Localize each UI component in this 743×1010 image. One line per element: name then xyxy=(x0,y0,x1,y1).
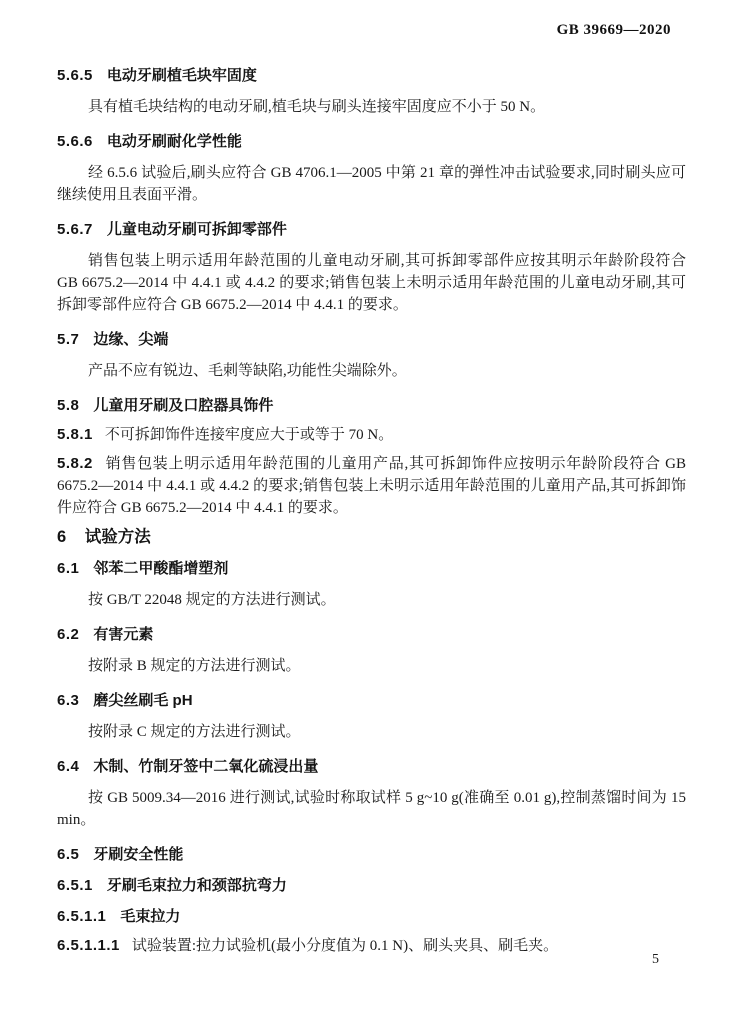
clause-number: 6.5.1.1 xyxy=(57,908,106,925)
clause-title: 牙刷安全性能 xyxy=(93,846,183,863)
paragraph-text: 不可拆卸饰件连接牢度应大于或等于 70 N。 xyxy=(105,427,393,443)
clause-heading: 6.2有害元素 xyxy=(57,624,686,646)
clause-number: 6.5.1.1.1 xyxy=(57,937,120,954)
paragraph: 按附录 C 规定的方法进行测试。 xyxy=(57,721,686,743)
clause-number: 6.5.1 xyxy=(57,877,93,894)
standard-number: GB 39669—2020 xyxy=(557,22,671,38)
clause-heading: 5.6.6电动牙刷耐化学性能 xyxy=(57,131,686,153)
clause-heading: 5.6.7儿童电动牙刷可拆卸零部件 xyxy=(57,219,686,241)
clause-heading: 5.8儿童用牙刷及口腔器具饰件 xyxy=(57,395,686,417)
paragraph: 按附录 B 规定的方法进行测试。 xyxy=(57,655,686,677)
clause-number: 5.6.5 xyxy=(57,67,93,84)
clause-title: 边缘、尖端 xyxy=(93,331,168,348)
clause-title: 邻苯二甲酸酯增塑剂 xyxy=(93,560,228,577)
page-number: 5 xyxy=(652,952,659,968)
clause-number: 5.6.6 xyxy=(57,133,93,150)
paragraph: 具有植毛块结构的电动牙刷,植毛块与刷头连接牢固度应不小于 50 N。 xyxy=(57,96,686,118)
clause-heading: 6.1邻苯二甲酸酯增塑剂 xyxy=(57,558,686,580)
clause-title: 有害元素 xyxy=(93,626,153,643)
clause-title: 儿童用牙刷及口腔器具饰件 xyxy=(93,397,273,414)
clause-number: 6.1 xyxy=(57,560,79,577)
clause-title: 牙刷毛束拉力和颈部抗弯力 xyxy=(107,877,287,894)
clause-number: 5.6.7 xyxy=(57,221,93,238)
clause-heading: 5.6.5电动牙刷植毛块牢固度 xyxy=(57,65,686,87)
clause-title: 毛束拉力 xyxy=(120,908,180,925)
paragraph: 销售包装上明示适用年龄范围的儿童电动牙刷,其可拆卸零部件应按其明示年龄阶段符合 … xyxy=(57,250,686,316)
paragraph-text: 销售包装上明示适用年龄范围的儿童用产品,其可拆卸饰件应按明示年龄阶段符合 GB … xyxy=(57,456,686,516)
clause-heading: 5.7边缘、尖端 xyxy=(57,329,686,351)
clause-heading: 6.3磨尖丝刷毛 pH xyxy=(57,690,686,712)
clause-title: 电动牙刷植毛块牢固度 xyxy=(107,67,257,84)
clause-number: 6.5 xyxy=(57,846,79,863)
paragraph: 产品不应有锐边、毛刺等缺陷,功能性尖端除外。 xyxy=(57,360,686,382)
clause-heading: 6.5.1牙刷毛束拉力和颈部抗弯力 xyxy=(57,875,686,897)
clause-title: 木制、竹制牙签中二氧化硫浸出量 xyxy=(93,758,318,775)
clause-number: 6.4 xyxy=(57,758,79,775)
numbered-paragraph: 5.8.1不可拆卸饰件连接牢度应大于或等于 70 N。 xyxy=(57,424,686,446)
clause-number: 6.2 xyxy=(57,626,79,643)
numbered-paragraph: 6.5.1.1.1试验装置:拉力试验机(最小分度值为 0.1 N)、刷头夹具、刷… xyxy=(57,935,686,957)
clause-number: 5.8.1 xyxy=(57,426,93,443)
clause-title: 磨尖丝刷毛 pH xyxy=(93,692,192,709)
clause-title: 试验方法 xyxy=(85,528,151,546)
paragraph: 经 6.5.6 试验后,刷头应符合 GB 4706.1—2005 中第 21 章… xyxy=(57,162,686,206)
paragraph-text: 试验装置:拉力试验机(最小分度值为 0.1 N)、刷头夹具、刷毛夹。 xyxy=(132,938,558,954)
clause-number: 5.8.2 xyxy=(57,455,93,472)
clause-heading: 6.5牙刷安全性能 xyxy=(57,844,686,866)
clause-heading: 6试验方法 xyxy=(57,525,686,549)
clause-title: 电动牙刷耐化学性能 xyxy=(107,133,242,150)
clause-number: 6.3 xyxy=(57,692,79,709)
numbered-paragraph: 5.8.2销售包装上明示适用年龄范围的儿童用产品,其可拆卸饰件应按明示年龄阶段符… xyxy=(57,453,686,519)
clause-heading: 6.5.1.1毛束拉力 xyxy=(57,906,686,928)
clause-number: 5.7 xyxy=(57,331,79,348)
clause-number: 6 xyxy=(57,528,67,546)
page-header: GB 39669—2020 xyxy=(557,22,671,39)
document-body: 5.6.5电动牙刷植毛块牢固度具有植毛块结构的电动牙刷,植毛块与刷头连接牢固度应… xyxy=(57,45,686,957)
paragraph: 按 GB/T 22048 规定的方法进行测试。 xyxy=(57,589,686,611)
paragraph: 按 GB 5009.34—2016 进行测试,试验时称取试样 5 g~10 g(… xyxy=(57,787,686,831)
document-page: GB 39669—2020 5.6.5电动牙刷植毛块牢固度具有植毛块结构的电动牙… xyxy=(0,0,743,1010)
clause-heading: 6.4木制、竹制牙签中二氧化硫浸出量 xyxy=(57,756,686,778)
clause-number: 5.8 xyxy=(57,397,79,414)
clause-title: 儿童电动牙刷可拆卸零部件 xyxy=(107,221,287,238)
